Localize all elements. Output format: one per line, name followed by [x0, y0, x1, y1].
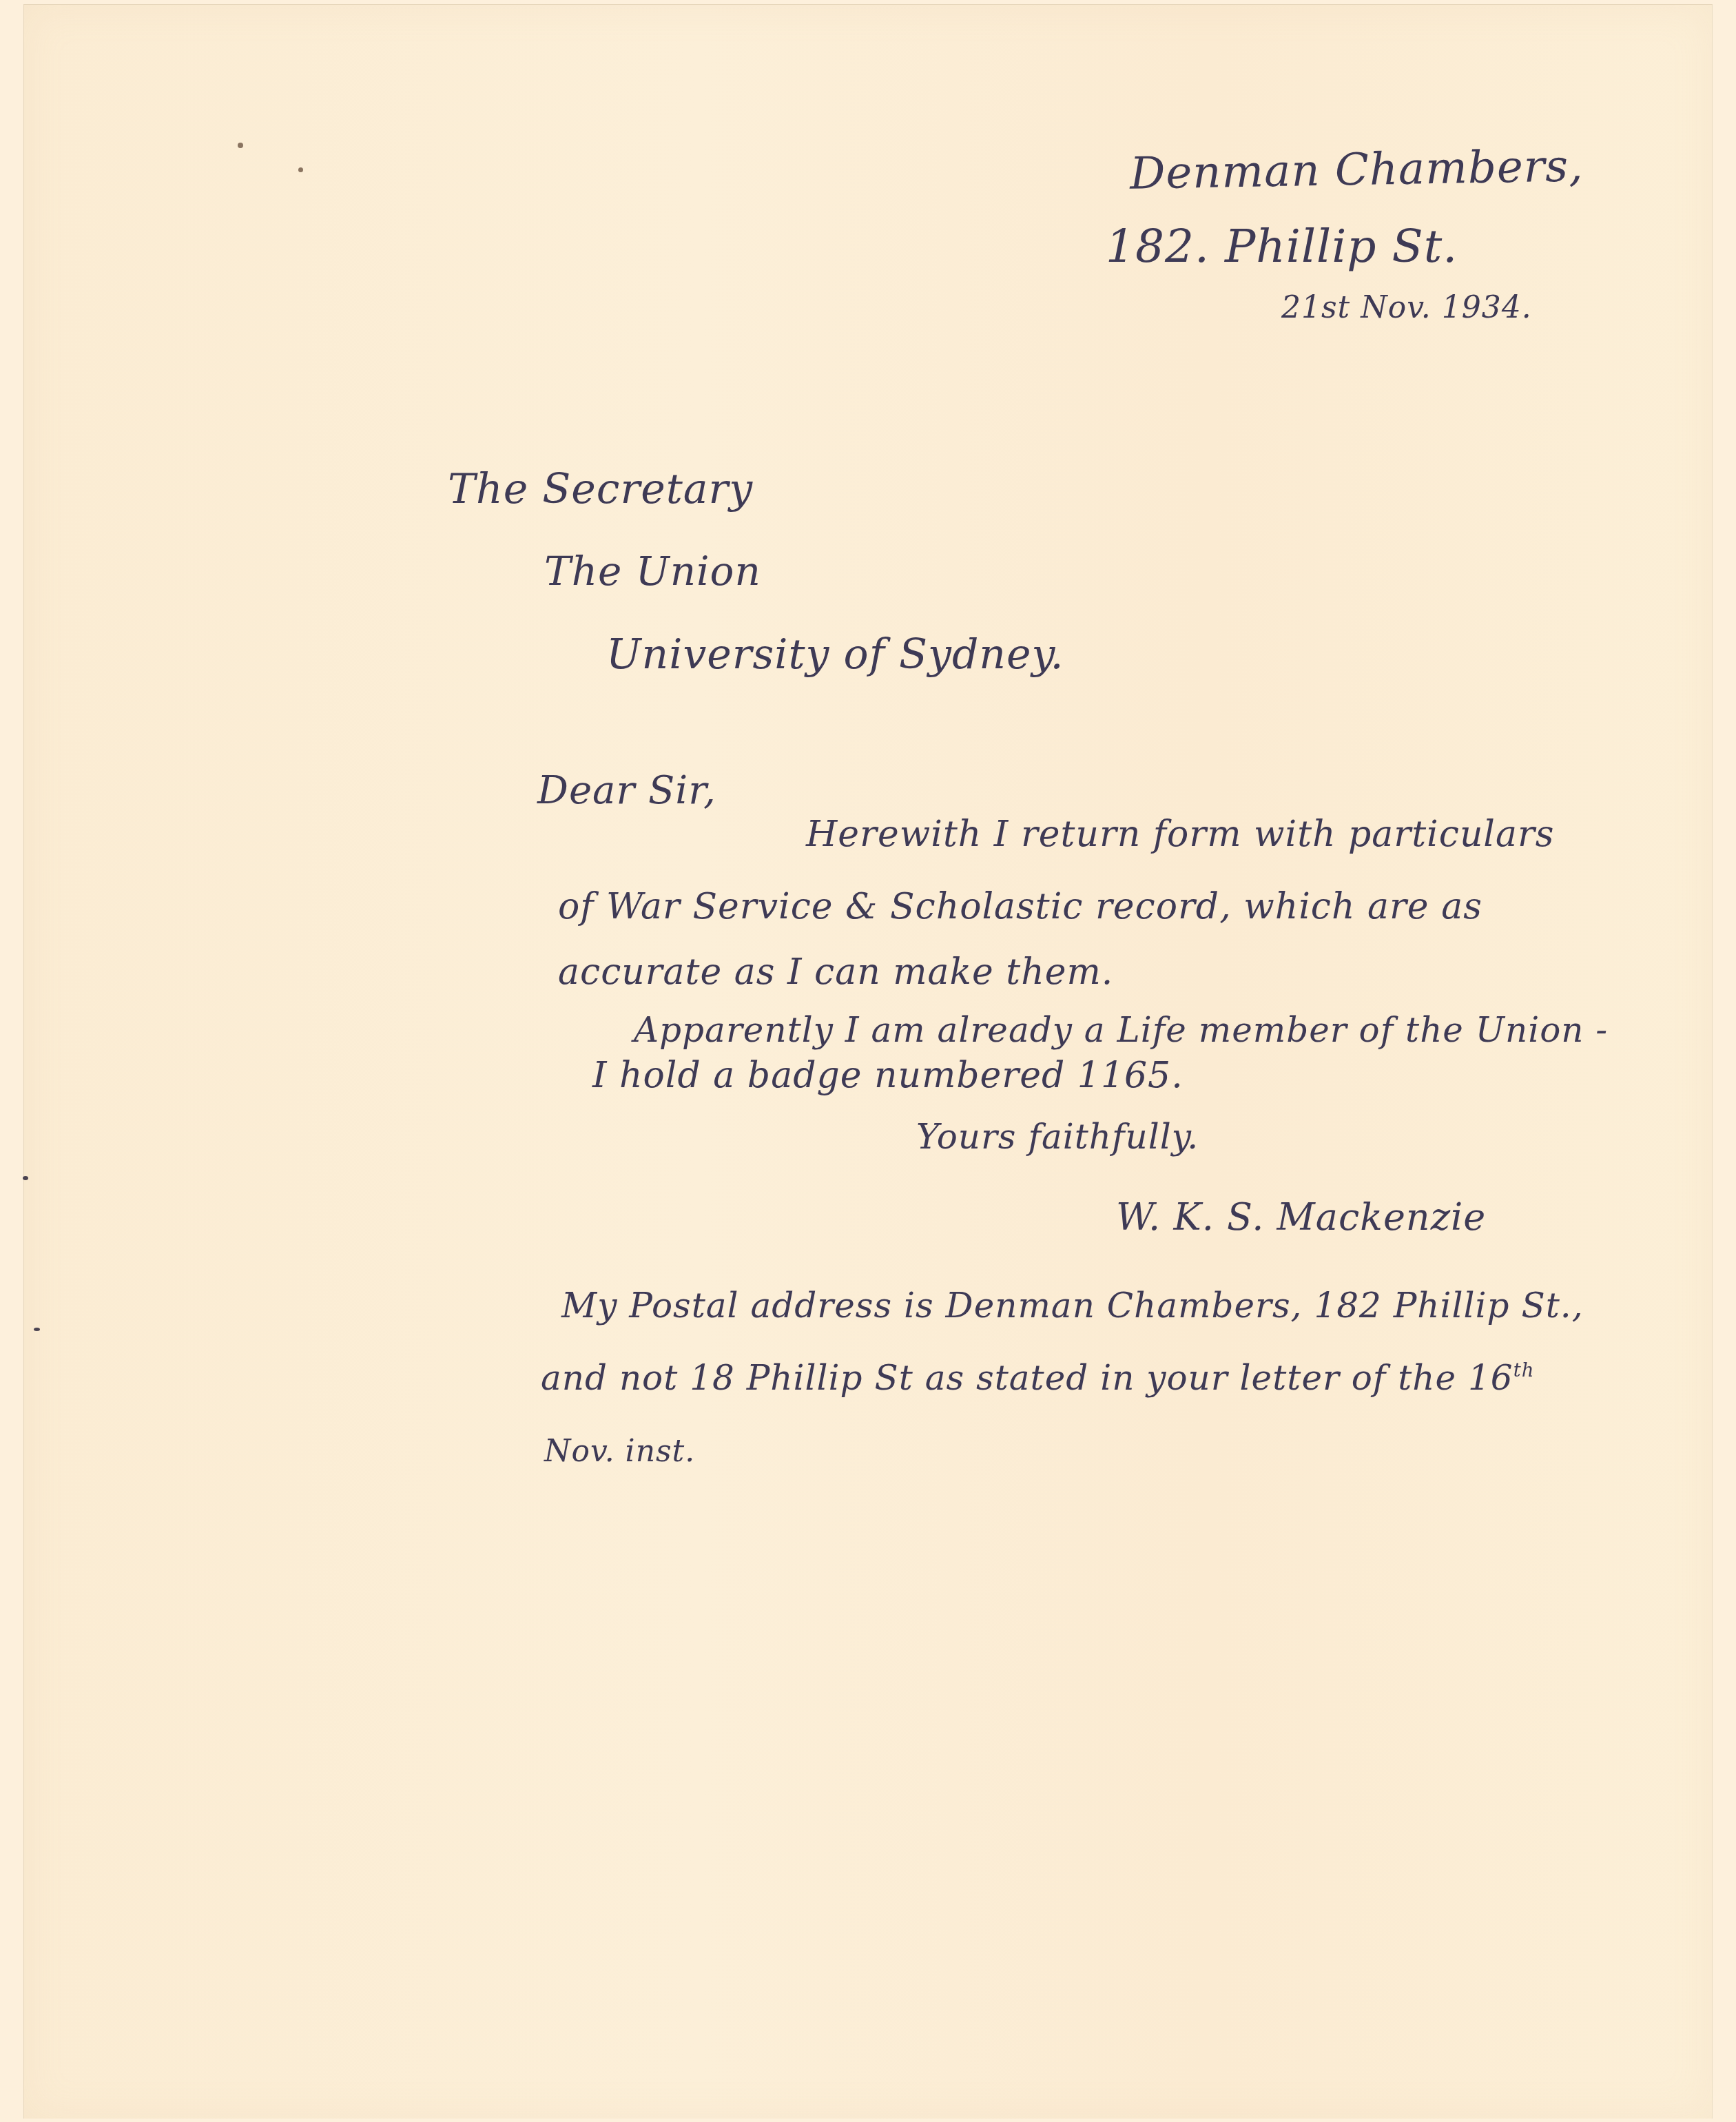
body-line: Apparently I am already a Life member of…	[634, 1013, 1608, 1047]
body-line: of War Service & Scholastic record, whic…	[558, 889, 1482, 925]
body-line: Herewith I return form with particulars	[806, 816, 1555, 852]
signature: W. K. S. Mackenzie	[1116, 1199, 1486, 1236]
recipient-line3: University of Sydney.	[606, 634, 1064, 675]
body-line: accurate as I can make them.	[558, 954, 1113, 990]
body-line: I hold a badge numbered 1165.	[592, 1058, 1184, 1093]
sender-address-line2: 182. Phillip St.	[1106, 224, 1458, 269]
sender-address-line1: Denman Chambers,	[1129, 144, 1583, 196]
recipient-line1: The Secretary	[448, 468, 753, 510]
paper-blemish	[238, 143, 243, 148]
postscript-line3: Nov. inst.	[544, 1436, 695, 1467]
salutation: Dear Sir,	[537, 772, 716, 810]
paper-blemish	[298, 167, 303, 172]
ordinal-suffix: th	[1513, 1359, 1535, 1381]
postscript-line2-text: and not 18 Phillip St as stated in your …	[541, 1358, 1513, 1398]
postscript-line1: My Postal address is Denman Chambers, 18…	[561, 1288, 1584, 1323]
postscript-line2: and not 18 Phillip St as stated in your …	[541, 1361, 1534, 1395]
paper-blemish	[34, 1328, 40, 1331]
letter-date: 21st Nov. 1934.	[1281, 293, 1532, 323]
recipient-line2: The Union	[544, 551, 761, 591]
closing: Yours faithfully.	[916, 1120, 1199, 1154]
paper-blemish	[23, 1176, 28, 1180]
